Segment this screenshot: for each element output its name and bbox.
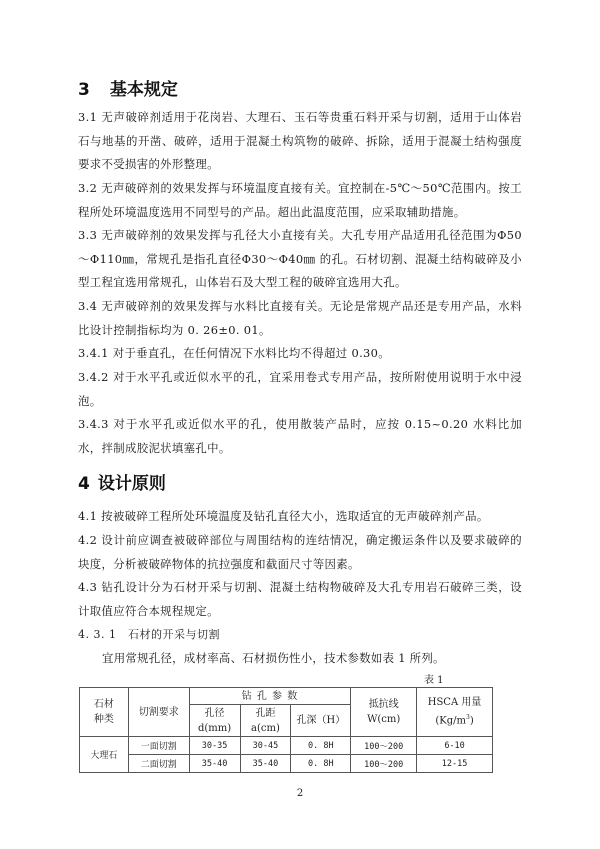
section-title: 基本规定 bbox=[110, 80, 178, 100]
cell-burden: 100～200 bbox=[351, 755, 417, 773]
paragraph-4-3-1-text: 宜用常规孔径，成材率高、石材损伤性小，技术参数如表 1 所列。 bbox=[102, 648, 445, 668]
paragraph-3-4: 3.4 无声破碎剂的效果发挥与水料比直接有关。无论是常规产品还是专用产品，水料比… bbox=[78, 295, 522, 342]
cell-burden: 100～200 bbox=[351, 737, 417, 755]
paragraph-3-4-3: 3.4.3 对于水平孔或近似水平的孔，使用散装产品时，应按 0.15~0.20 … bbox=[78, 413, 522, 460]
section-number: 4 bbox=[78, 474, 90, 494]
cell-stone: 大理石 bbox=[80, 737, 129, 773]
cell-diameter: 35-40 bbox=[189, 755, 240, 773]
paragraph-3-3: 3.3 无声破碎剂的效果发挥与孔径大小直接有关。大孔专用产品适用孔径范围为Φ50… bbox=[78, 224, 522, 295]
cell-cut: 一面切割 bbox=[128, 737, 189, 755]
page-number: 2 bbox=[0, 788, 600, 799]
table-row: 大理石 一面切割 30-35 30-45 0. 8H 100～200 6-10 bbox=[80, 737, 493, 755]
header-cut-requirement: 切割要求 bbox=[128, 688, 189, 737]
cell-cut: 二面切割 bbox=[128, 755, 189, 773]
paragraph-3-4-1: 3.4.1 对于垂直孔，在任何情况下水料比均不得超过 0.30。 bbox=[78, 342, 522, 366]
header-hole-diameter: 孔径d(mm) bbox=[189, 705, 240, 737]
paragraph-4-1: 4.1 按被破碎工程所处环境温度及钻孔直径大小，选取适宜的无声破碎剂产品。 bbox=[78, 505, 522, 529]
document-page: 3基本规定 3.1 无声破碎剂适用于花岗岩、大理石、玉石等贵重石料开采与切割，适… bbox=[0, 0, 600, 849]
paragraph-4-3: 4.3 钻孔设计分为石材开采与切割、混凝土结构物破碎及大孔专用岩石破碎三类，设计… bbox=[78, 576, 522, 623]
section-heading-3: 3基本规定 bbox=[78, 80, 178, 100]
table-row: 二面切割 35-40 35-40 0. 8H 100～200 12-15 bbox=[80, 755, 493, 773]
section-number: 3 bbox=[78, 80, 90, 100]
header-stone-type: 石材种类 bbox=[80, 688, 129, 737]
paragraph-4-2: 4.2 设计前应调查被破碎部位与周围结构的连结情况，确定搬运条件以及要求破碎的块… bbox=[78, 529, 522, 576]
cell-hsca: 6-10 bbox=[417, 737, 493, 755]
header-drill-params: 钻 孔 参 数 bbox=[189, 688, 351, 705]
table-caption: 表 1 bbox=[424, 674, 444, 688]
paragraph-3-1: 3.1 无声破碎剂适用于花岗岩、大理石、玉石等贵重石料开采与切割，适用于山体岩石… bbox=[78, 106, 522, 177]
header-burden: 抵抗线W(cm) bbox=[351, 688, 417, 737]
header-hole-depth: 孔深（H） bbox=[291, 705, 351, 737]
cell-spacing: 35-40 bbox=[240, 755, 291, 773]
drilling-parameters-table: 石材种类 切割要求 钻 孔 参 数 抵抗线W(cm) HSCA 用量(Kg/m3… bbox=[79, 687, 493, 773]
cell-hsca: 12-15 bbox=[417, 755, 493, 773]
cell-depth: 0. 8H bbox=[291, 737, 351, 755]
cell-spacing: 30-45 bbox=[240, 737, 291, 755]
section-heading-4: 4设计原则 bbox=[78, 474, 166, 494]
header-hsca: HSCA 用量(Kg/m3) bbox=[417, 688, 493, 737]
subsection-4-3-1: 4. 3. 1 石材的开采与切割 bbox=[78, 625, 220, 645]
paragraph-3-4-2: 3.4.2 对于水平孔或近似水平的孔，宜采用卷式专用产品，按所附使用说明于水中浸… bbox=[78, 366, 522, 413]
paragraph-3-2: 3.2 无声破碎剂的效果发挥与环境温度直接有关。宜控制在-5℃～50℃范围内。按… bbox=[78, 177, 522, 224]
header-hole-spacing: 孔距a(cm) bbox=[240, 705, 291, 737]
section-title: 设计原则 bbox=[98, 474, 166, 494]
cell-depth: 0. 8H bbox=[291, 755, 351, 773]
cell-diameter: 30-35 bbox=[189, 737, 240, 755]
